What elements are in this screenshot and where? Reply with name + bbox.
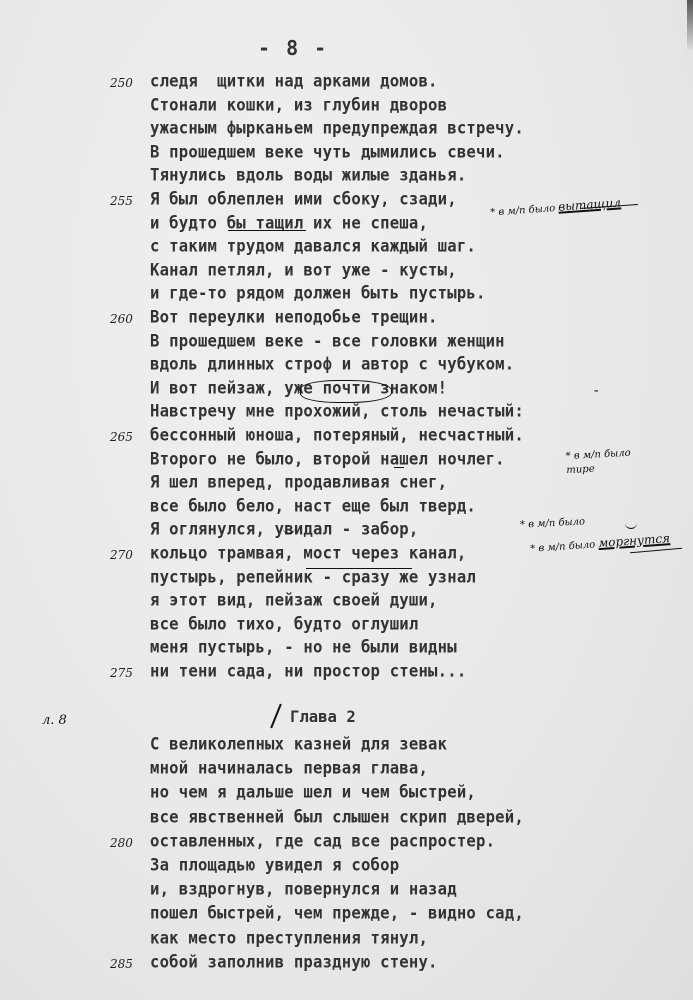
text-line: все было тихо, будто оглушил (150, 614, 418, 633)
line-number: 280 (110, 836, 133, 850)
margin-leaf-note: л. 8 (42, 713, 67, 728)
text-line: собой заполнив праздную стену. (150, 952, 438, 971)
underline-by-tashchil (228, 230, 306, 231)
text-line: Навстречу мне прохожий, столь нечастый: (150, 402, 524, 421)
text-line: бессонный юноша, потеряный, несчастный. (150, 425, 524, 444)
text-line: следя щитки над арками домов. (150, 71, 438, 90)
margin-dash-mark: - (592, 383, 600, 399)
text-line: Стонали кошки, из глубин дворов (150, 95, 447, 114)
text-line: Канал петлял, и вот уже - кусты, (150, 260, 457, 279)
text-line: меня пустырь, - но не были видны (150, 638, 457, 657)
text-line: ужасным фырканьем предупреждая встречу. (150, 118, 524, 137)
chapter-title: Глава 2 (290, 708, 356, 726)
underline-most-cherez (306, 568, 412, 569)
text-line: ни тени сада, ни простор стены... (150, 661, 466, 680)
annotation-2: * в м/п было тире (565, 446, 646, 478)
text-line: и где-то рядом должен быть пустырь. (150, 284, 486, 303)
underline-dash (394, 467, 404, 468)
line-number: 275 (110, 666, 133, 680)
text-line: кольцо трамвая, мост через канал, (150, 543, 466, 562)
line-number: 255 (110, 194, 133, 208)
text-line: В прошедшем веке чуть дымились свечи. (150, 142, 505, 161)
text-line: И вот пейзаж, уже почти знаком! (150, 378, 447, 397)
text-line: В прошедшем веке - все головки женщин (150, 331, 505, 350)
page-edge (687, 0, 693, 50)
text-line: и, вздрогнув, повернулся и назад (150, 879, 457, 898)
margin-smile (625, 522, 637, 529)
text-line: Второго не было, второй нашел ночлег. (150, 449, 505, 468)
text-line: все было бело, наст еще был тверд. (150, 496, 476, 515)
text-line: как место преступления тянул, (150, 928, 428, 947)
text-line: все явственней был слышен скрип дверей, (150, 807, 524, 826)
text-line: мной начиналась первая глава, (150, 758, 428, 777)
text-line: пошел быстрей, чем прежде, - видно сад, (150, 904, 524, 923)
text-line: оставленных, где сад все распростер. (150, 831, 495, 850)
annotation-3: * в м/п было (520, 516, 586, 530)
annotation-1: * в м/п было вытащил (490, 195, 622, 218)
line-number: 250 (110, 76, 133, 90)
chapter-slash-mark (270, 704, 282, 729)
text-line: За площадью увидел я собор (150, 855, 399, 874)
line-number: 270 (110, 548, 133, 562)
underline-morgnutsya (630, 548, 682, 554)
text-line: Я был облеплен ими сбоку, сзади, (150, 189, 457, 208)
page-number: - 8 - (258, 36, 328, 60)
circle-uzhe-pochti (300, 380, 392, 403)
line-number: 265 (110, 430, 133, 444)
text-line: пустырь, репейник - сразу же узнал (150, 567, 476, 586)
text-line: Тянулись вдоль воды жилые зданья. (150, 166, 466, 185)
text-line: с таким трудом давался каждый шаг. (150, 236, 476, 255)
text-line: Я шел вперед, продавливая снег, (150, 472, 447, 491)
text-line: вдоль длинных строф и автор с чубуком. (150, 354, 514, 373)
text-line: но чем я дальше шел и чем быстрей, (150, 783, 476, 802)
line-number: 260 (110, 312, 133, 326)
text-line: С великолепных казней для зевак (150, 734, 447, 753)
line-number: 285 (110, 957, 133, 971)
text-line: я этот вид, пейзаж своей души, (150, 590, 438, 609)
text-line: Вот переулки неподобье трещин. (150, 307, 438, 326)
document-page: - 8 - следя щитки над арками домов.250Ст… (0, 0, 693, 1000)
